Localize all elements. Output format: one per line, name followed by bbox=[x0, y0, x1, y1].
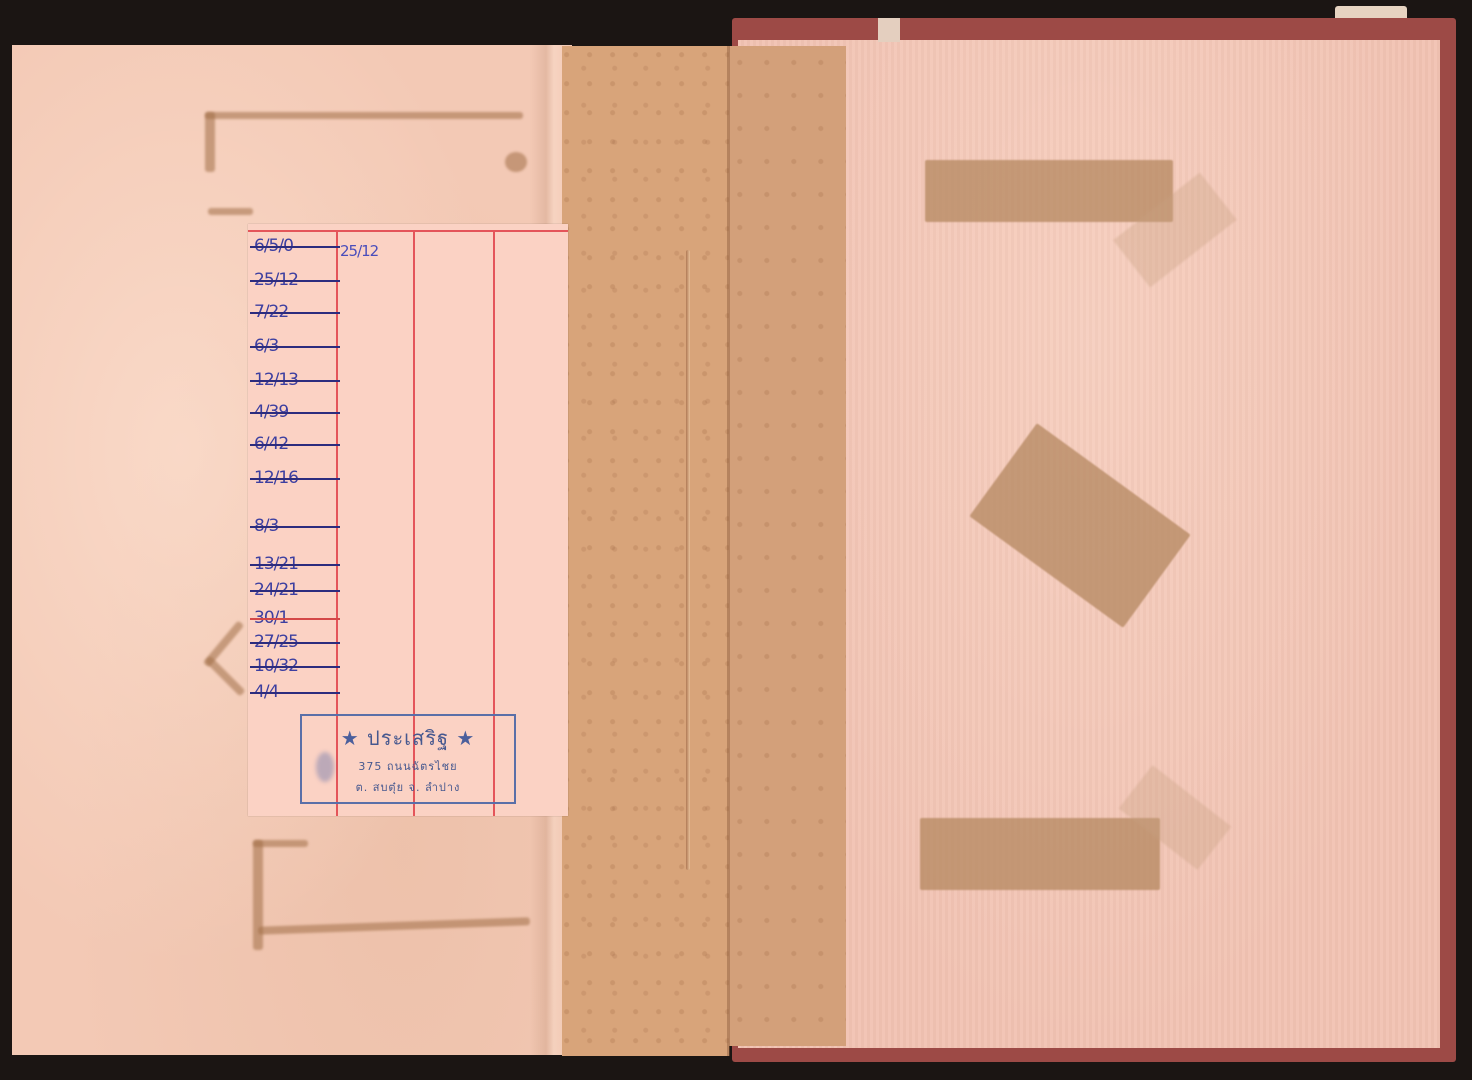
glue-stain bbox=[205, 112, 215, 172]
date-entry-col2: 25/12 bbox=[340, 242, 378, 260]
date-entry: 12/16 bbox=[254, 468, 338, 488]
date-entry: 10/32 bbox=[254, 656, 338, 676]
spine-tape-right bbox=[729, 46, 846, 1046]
spine-groove bbox=[686, 250, 690, 870]
date-entry: 8/3 bbox=[254, 516, 338, 536]
spine-seam bbox=[727, 46, 730, 1056]
ink-smudge bbox=[316, 752, 334, 782]
stamp-name-row: ★ ประเสริฐ ★ bbox=[302, 722, 514, 754]
glue-stain bbox=[205, 112, 523, 119]
glue-stain bbox=[505, 152, 527, 172]
date-entry: 27/25 bbox=[254, 632, 338, 652]
star-icon: ★ bbox=[341, 726, 360, 750]
date-entry: 30/1 bbox=[254, 608, 338, 628]
date-entry: 13/21 bbox=[254, 554, 338, 574]
old-tape-mark bbox=[920, 818, 1160, 890]
date-entry: 6/3 bbox=[254, 336, 338, 356]
date-entry: 4/4 bbox=[254, 682, 338, 702]
slip-top-rule bbox=[248, 230, 568, 232]
date-entry: 6/42 bbox=[254, 434, 338, 454]
date-entry: 7/22 bbox=[254, 302, 338, 322]
glue-stain bbox=[208, 208, 253, 215]
old-tape-mark bbox=[925, 160, 1173, 222]
date-entry: 6/5/0 bbox=[254, 236, 338, 256]
star-icon: ★ bbox=[456, 726, 475, 750]
stamp-address-line2: ต. สบตุ๋ย จ. ลำปาง bbox=[302, 778, 514, 796]
date-entry: 24/21 bbox=[254, 580, 338, 600]
stamp-name: ประเสริฐ bbox=[367, 726, 449, 750]
date-entry: 4/39 bbox=[254, 402, 338, 422]
tape-scrap bbox=[878, 18, 900, 42]
spine-tape-left bbox=[562, 46, 729, 1056]
date-entry: 12/13 bbox=[254, 370, 338, 390]
date-entry: 25/12 bbox=[254, 270, 338, 290]
